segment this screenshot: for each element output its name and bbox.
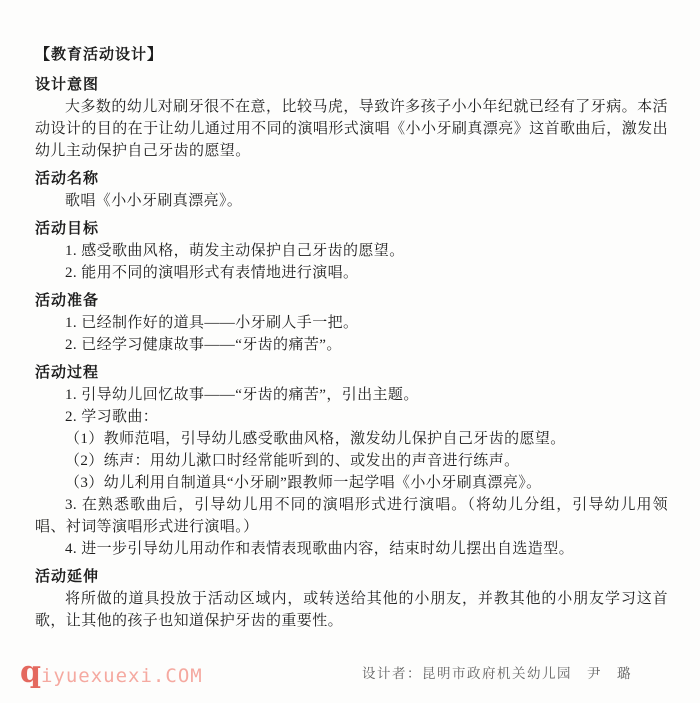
page-footer: qiyuexuexi.COM 设计者：昆明市政府机关幼儿园 尹 璐 <box>0 655 700 703</box>
designer-credit: 设计者：昆明市政府机关幼儿园 尹 璐 <box>362 662 632 682</box>
list-item: 1. 引导幼儿回忆故事——“牙齿的痛苦”，引出主题。 <box>35 384 668 406</box>
paragraph: 大多数的幼儿对刷牙很不在意，比较马虎，导致许多孩子小小年纪就已经有了牙病。本活动… <box>35 96 668 162</box>
list-item: 2. 学习歌曲： <box>35 406 668 428</box>
section-activity-extension: 活动延伸 将所做的道具投放于活动区域内，或转送给其他的小朋友，并教其他的小朋友学… <box>35 566 668 632</box>
list-item: 2. 已经学习健康故事——“牙齿的痛苦”。 <box>35 334 668 356</box>
section-design-intent: 设计意图 大多数的幼儿对刷牙很不在意，比较马虎，导致许多孩子小小年纪就已经有了牙… <box>35 74 668 162</box>
section-heading: 活动准备 <box>35 290 668 312</box>
section-heading: 活动延伸 <box>35 566 668 588</box>
section-activity-preparation: 活动准备 1. 已经制作好的道具——小牙刷人手一把。 2. 已经学习健康故事——… <box>35 290 668 356</box>
section-heading: 设计意图 <box>35 74 668 96</box>
section-heading: 活动名称 <box>35 168 668 190</box>
watermark-text: iyuexuexi.COM <box>41 665 203 687</box>
paragraph: 将所做的道具投放于活动区域内，或转送给其他的小朋友，并教其他的小朋友学习这首歌，… <box>35 588 668 632</box>
list-item: （2）练声：用幼儿漱口时经常能听到的、或发出的声音进行练声。 <box>35 450 668 472</box>
section-heading: 活动过程 <box>35 362 668 384</box>
watermark-qiyuexuexi: qiyuexuexi.COM <box>20 658 203 688</box>
document-content: 【教育活动设计】 设计意图 大多数的幼儿对刷牙很不在意，比较马虎，导致许多孩子小… <box>35 44 668 632</box>
document-page: 【教育活动设计】 设计意图 大多数的幼儿对刷牙很不在意，比较马虎，导致许多孩子小… <box>0 0 700 703</box>
list-item: （1）教师范唱，引导幼儿感受歌曲风格，激发幼儿保护自己牙齿的愿望。 <box>35 428 668 450</box>
watermark-initial: q <box>20 658 41 688</box>
list-item: 3. 在熟悉歌曲后，引导幼儿用不同的演唱形式进行演唱。（将幼儿分组，引导幼儿用领… <box>35 494 668 538</box>
list-item: 4. 进一步引导幼儿用动作和表情表现歌曲内容，结束时幼儿摆出自选造型。 <box>35 538 668 560</box>
doc-title: 【教育活动设计】 <box>35 44 668 66</box>
paragraph: 歌唱《小小牙刷真漂亮》。 <box>35 190 668 212</box>
list-item: 2. 能用不同的演唱形式有表情地进行演唱。 <box>35 262 668 284</box>
list-item: 1. 感受歌曲风格，萌发主动保护自己牙齿的愿望。 <box>35 240 668 262</box>
list-item: 1. 已经制作好的道具——小牙刷人手一把。 <box>35 312 668 334</box>
section-activity-name: 活动名称 歌唱《小小牙刷真漂亮》。 <box>35 168 668 212</box>
section-activity-goals: 活动目标 1. 感受歌曲风格，萌发主动保护自己牙齿的愿望。 2. 能用不同的演唱… <box>35 218 668 284</box>
section-activity-process: 活动过程 1. 引导幼儿回忆故事——“牙齿的痛苦”，引出主题。 2. 学习歌曲：… <box>35 362 668 560</box>
list-item: （3）幼儿利用自制道具“小牙刷”跟教师一起学唱《小小牙刷真漂亮》。 <box>35 472 668 494</box>
section-heading: 活动目标 <box>35 218 668 240</box>
